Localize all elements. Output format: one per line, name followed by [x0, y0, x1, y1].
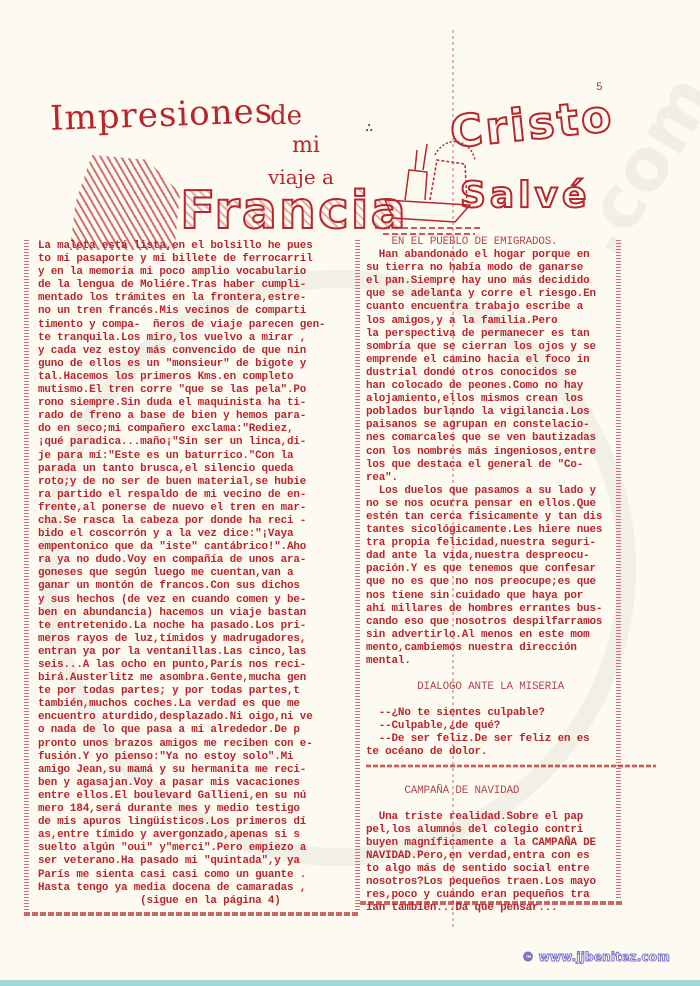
article-line: pación.Y es que tenemos que confesar — [366, 563, 656, 576]
article-line: y cada vez estoy más convencido de que n… — [38, 345, 358, 358]
article-line: tal.Hacemos los primeros Kms.en completo — [38, 371, 358, 384]
article-line: dustrial donde otros conocidos se — [366, 367, 656, 380]
article-line: as,entre tímido y avergonzado,apenas si … — [38, 829, 358, 842]
dialogue-line: --De ser feliz.De ser feliz en es — [366, 733, 656, 746]
section-heading-emigrados: EN EL PUEBLO DE EMIGRADOS. — [366, 236, 656, 249]
article-line: y sus hechos (de vez en cuando comen y b… — [38, 594, 358, 607]
article-line: te por todas partes; y por todas partes,… — [38, 685, 358, 698]
section-heading-campana: CAMPAÑA DE NAVIDAD — [366, 785, 656, 798]
article-line: paisanos se agrupan en constelacio- — [366, 419, 656, 432]
right-title-cristo: Cristo — [448, 91, 617, 159]
article-line: el pan.Siempre hay uno más decidido — [366, 275, 656, 288]
article-line: parada un tanto brusca,el silencio queda — [38, 463, 358, 476]
article-line: mentado los trámites en la frontera,estr… — [38, 292, 358, 305]
stars-decoration: ∴ — [365, 120, 373, 137]
right-title-salve: Salvé — [460, 175, 590, 216]
article-line: que se adelanta y corre el riesgo.En — [366, 288, 656, 301]
article-line: ganar un montón de francos.Con sus dicho… — [38, 580, 358, 593]
article-line: París me sienta casi casi como un guante… — [38, 869, 358, 882]
article-line: Los duelos que pasamos a su lado y — [366, 485, 656, 498]
article-line: La maleta está lista,en el bolsillo he p… — [38, 240, 358, 253]
article-line: encuentro aturdido,desplazado.Ni oigo,ni… — [38, 711, 358, 724]
article-line: nosotros?Los pequeños traen.Los mayo — [366, 876, 656, 889]
article-line: ben y agasajan.Voy a pasar mis vacacione… — [38, 777, 358, 790]
section-spacer — [366, 694, 656, 707]
article-line: no se nos ocurra pensar en ellos.Que — [366, 498, 656, 511]
article-line: nes comarcales que se ven bautizadas — [366, 432, 656, 445]
article-line: sin advertirlo.Al menos en este mom — [366, 629, 656, 642]
left-title-impresiones: Impresiones — [49, 91, 273, 139]
article-line: NAVIDAD.Pero,en verdad,entra con es — [366, 850, 656, 863]
article-line: entre ellos.El boulevard Gallieni,en su … — [38, 790, 358, 803]
article-line: buyen magníficamente a la CAMPAÑA DE — [366, 837, 656, 850]
article-line: seis...A las ocho en punto,París nos rec… — [38, 659, 358, 672]
article-line: ahí millares de hombres errantes bus- — [366, 603, 656, 616]
section-spacer — [366, 668, 656, 681]
left-column-article: La maleta está lista,en el bolsillo he p… — [38, 240, 358, 908]
article-line: entran ya por la ventanillas.Las cinco,l… — [38, 646, 358, 659]
left-column-bottom-rule — [24, 912, 360, 916]
article-line: emprende el camino hacia el foco in — [366, 354, 656, 367]
article-line: ben en abundancia) hacemos un viaje bast… — [38, 607, 358, 620]
article-line: to algo más de sentido social entre — [366, 863, 656, 876]
article-line: amigo Jean,su mamá y su hermanita me rec… — [38, 764, 358, 777]
article-line: no un tren francés.Mis vecinos de compar… — [38, 305, 358, 318]
france-map-illustration — [70, 155, 180, 250]
article-line: de mis apuros lingüísticos.Los primeros … — [38, 816, 358, 829]
article-line: la perspectiva de permanecer es tan — [366, 328, 656, 341]
right-column-articles: EN EL PUEBLO DE EMIGRADOS. Han abandonad… — [366, 236, 656, 915]
article-line: do en seco;mi compañero exclama:"Rediez, — [38, 423, 358, 436]
article-line: Han abandonado el hogar porque en — [366, 249, 656, 262]
article-line: cuanto encuentra trabajo escribe a — [366, 301, 656, 314]
dialogue-line: --Culpable,¿de qué? — [366, 720, 656, 733]
article-line: mutismo.El tren corre "que se las pela".… — [38, 384, 358, 397]
section-spacer — [366, 798, 656, 811]
article-line: fusión.Y yo pienso:"Ya no estoy solo".Mi — [38, 751, 358, 764]
right-column-bottom-rule — [360, 901, 622, 905]
article-line: suelto algún "oui" y"merci".Pero empiezo… — [38, 842, 358, 855]
left-title-de: de — [270, 101, 302, 131]
article-line: pel,los alumnos del colegio contri — [366, 824, 656, 837]
article-line: roto;y de no ser de buen material,se hub… — [38, 476, 358, 489]
article-line: estén tan cerca físicamente y tan dis — [366, 511, 656, 524]
page-bottom-band — [0, 980, 700, 986]
article-line: mento,cambiemos nuestra dirección — [366, 642, 656, 655]
article-line: dad ante la vida,nuestra despreocu- — [366, 550, 656, 563]
right-column-side-rule — [616, 240, 621, 900]
article-line: cha.Se rasca la cabeza por donde ha reci… — [38, 515, 358, 528]
article-line: frente,al ponerse de nuevo el tren en ma… — [38, 502, 358, 515]
left-title-mi: mi — [292, 133, 320, 158]
column-divider-rule — [355, 240, 360, 910]
article-line: que no es que no nos preocupe;es que — [366, 576, 656, 589]
article-line: sombría que se cierran los ojos y se — [366, 341, 656, 354]
article-line: birá.Austerlitz me asombra.Gente,mucha g… — [38, 672, 358, 685]
section-divider-rule — [366, 764, 656, 767]
copyright-watermark: © www.jjbenitez.com — [522, 950, 670, 964]
article-line: to mi pasaporte y mi billete de ferrocar… — [38, 253, 358, 266]
article-line: ra ya no dudo.Voy en compañía de unos ar… — [38, 554, 358, 567]
article-line: tra propia felicidad,nuestra seguri- — [366, 537, 656, 550]
article-line: rado de freno a base de bien y hemos par… — [38, 410, 358, 423]
article-line: timento y compa- ñeros de viaje parecen … — [38, 319, 358, 332]
article-line: pronto unos brazos amigos me reciben con… — [38, 738, 358, 751]
article-line: rono siempre.Sin duda el maquinista ha t… — [38, 397, 358, 410]
article-line: o nada de lo que pasa a mi alrededor.De … — [38, 724, 358, 737]
article-line: alojamiento,ellos mismos crean los — [366, 393, 656, 406]
article-line: rea". — [366, 472, 656, 485]
article-line: Una triste realidad.Sobre el pap — [366, 811, 656, 824]
article-line: Hasta tengo ya media docena de camaradas… — [38, 882, 358, 895]
article-line: empentonico que da "iste" cantábrico!".A… — [38, 541, 358, 554]
left-title-francia: Francia — [180, 181, 408, 241]
article-line: de la lengua de Moliére.Tras haber cumpl… — [38, 279, 358, 292]
article-line: je para mí:"Este es un baturrico."Con la — [38, 450, 358, 463]
article-line: y en la memoria mi poco amplio vocabular… — [38, 266, 358, 279]
article-line: ¡qué paradica...maño¡"Sin ser un linca,d… — [38, 436, 358, 449]
section-spacer — [366, 772, 656, 785]
article-line: con los nombres más ingeniosos,entre — [366, 446, 656, 459]
article-line: también,muchos coches.La verdad es que m… — [38, 698, 358, 711]
article-line: te entretenido.La noche ha pasado.Los pr… — [38, 620, 358, 633]
article-line: goneses que según luego me cuentan,van a — [38, 567, 358, 580]
article-line: mero 184,será durante mes y medio testig… — [38, 803, 358, 816]
article-line: los amigos,y a la familia.Pero — [366, 315, 656, 328]
left-column-side-rule — [24, 240, 29, 910]
continuation-note: (sigue en la página 4) — [38, 895, 358, 908]
dialogue-line: te océano de dolor. — [366, 746, 656, 759]
article-line: los que destaca el general de "Co- — [366, 459, 656, 472]
article-line: ra partido el respaldo de mi vecino de e… — [38, 489, 358, 502]
section-heading-dialogo: DIALOGO ANTE LA MISERIA — [366, 681, 656, 694]
article-line: bido el coscorrón y a la vez dice:"¡Vaya — [38, 528, 358, 541]
article-line: te tranquila.Los miro,los vuelvo a mirar… — [38, 332, 358, 345]
article-line: tantes sicológicamente.Les hiere nues — [366, 524, 656, 537]
article-line: han colocado de peones.Como no hay — [366, 380, 656, 393]
dialogue-line: --¿No te sientes culpable? — [366, 707, 656, 720]
article-line: su tierra no había modo de ganarse — [366, 262, 656, 275]
article-line: mental. — [366, 655, 656, 668]
article-line: nos tiene sin cuidado que haya por — [366, 590, 656, 603]
article-line: guno de ellos es un "monsieur" de bigote… — [38, 358, 358, 371]
article-line: poblados burlando la vigilancia.Los — [366, 406, 656, 419]
article-line: cando eso que nosotros despilfarramos — [366, 616, 656, 629]
article-line: ser veterano.Ha pasado mi "quintada",y y… — [38, 855, 358, 868]
header-artwork: Impresiones de mi viaje a Francia ∴ Cris… — [30, 95, 670, 245]
article-line: meros rayos de luz,tímidos y madrugadore… — [38, 633, 358, 646]
